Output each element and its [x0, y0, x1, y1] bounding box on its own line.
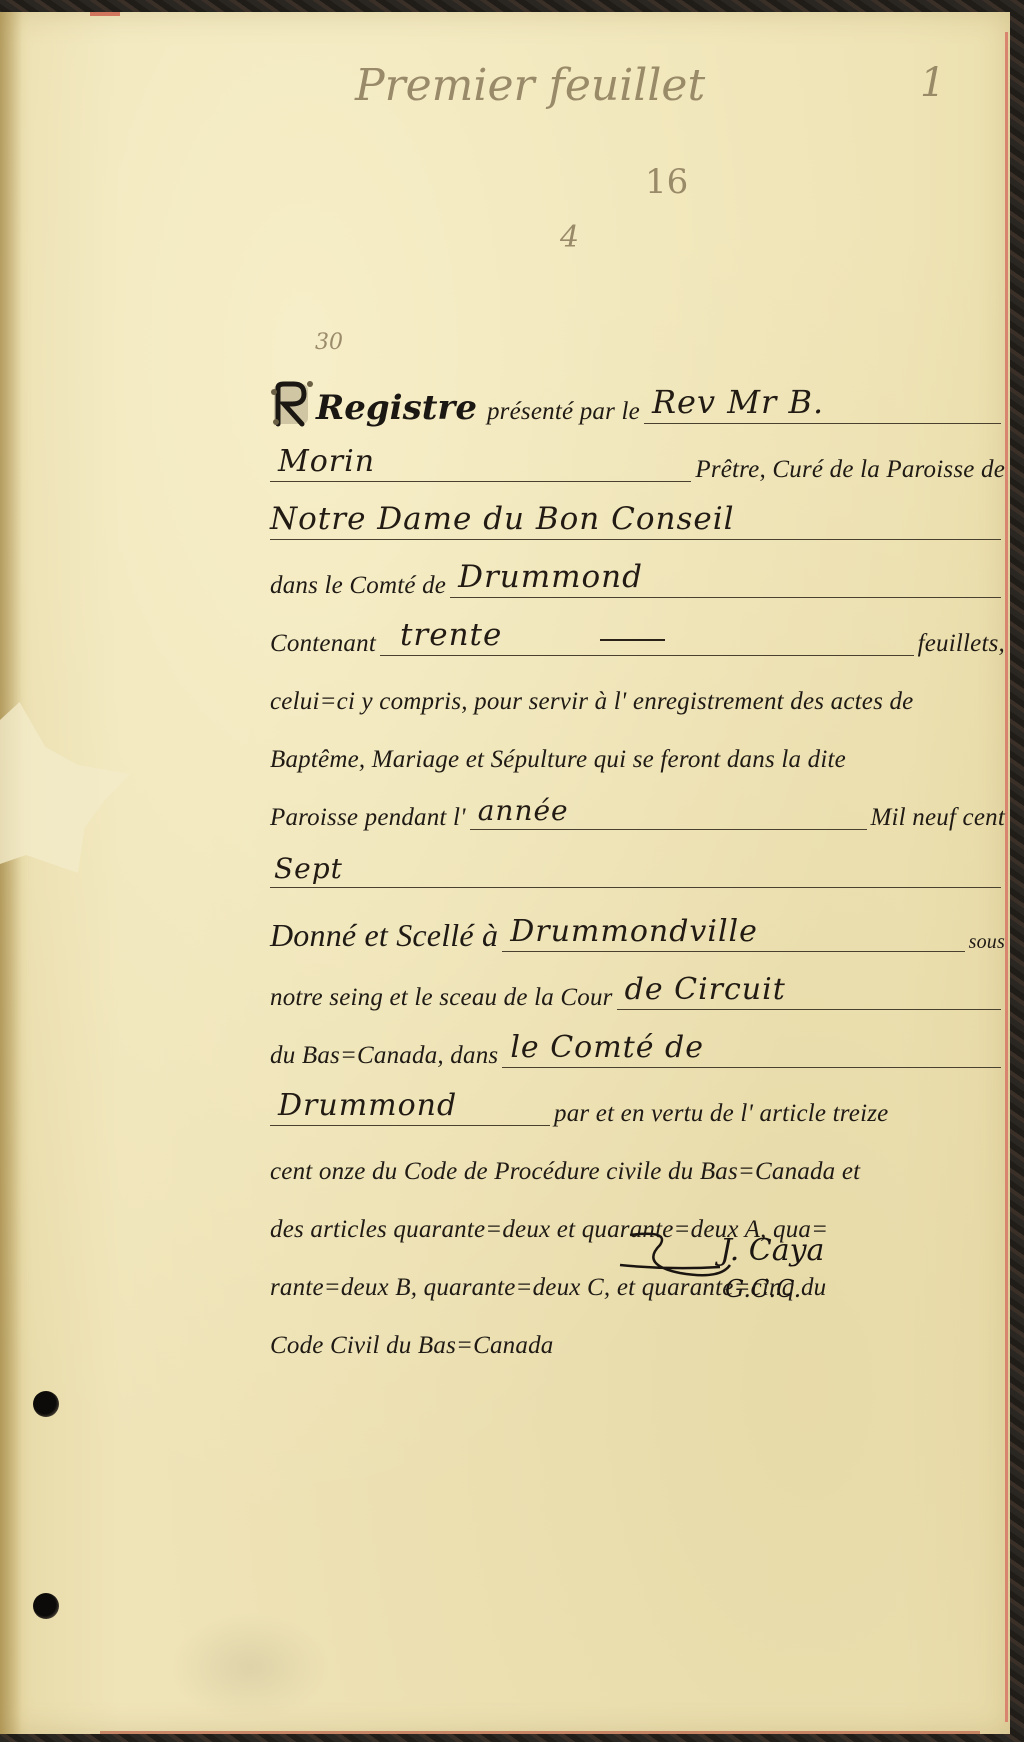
form-line-leaf-count: Contenant trente feuillets, [270, 612, 1005, 662]
form-line-year: Sept [270, 844, 1005, 894]
fill-district: le Comté de [502, 1023, 1001, 1068]
form-line-acts: Baptême, Mariage et Sépulture qui se fer… [270, 728, 1005, 778]
printed-cure-de-la-paroisse: Prêtre, Curé de la Paroisse de [695, 456, 1005, 488]
handwritten-place: Drummondville [510, 914, 758, 949]
printed-mil-neuf-cent: Mil neuf cent [871, 804, 1006, 836]
printed-sous: sous [969, 931, 1005, 958]
form-line-district-name: Drummond par et en vertu de l' article t… [270, 1082, 1005, 1132]
gutter-shadow [0, 12, 22, 1734]
form-line-parish: Notre Dame du Bon Conseil [270, 496, 1005, 546]
fill-county: Drummond [450, 553, 1001, 598]
printed-contenant: Contenant [270, 630, 376, 662]
clerk-signature: J. Caya G.C.C. [640, 1225, 840, 1315]
printed-article-treize: par et en vertu de l' article treize [554, 1100, 888, 1132]
printed-code-civil: Code Civil du Bas=Canada [270, 1332, 553, 1364]
punch-hole-upper [33, 1391, 59, 1417]
form-line-district: du Bas=Canada, dans le Comté de [270, 1024, 1005, 1074]
paper-tear-repair [0, 702, 130, 882]
punch-hole-lower [33, 1593, 59, 1619]
printed-bas-canada-dans: du Bas=Canada, dans [270, 1042, 498, 1074]
handwritten-leaf-count: trente [400, 617, 502, 653]
handwritten-court: de Circuit [625, 972, 786, 1007]
printed-purpose: celui=ci y compris, pour servir à l' enr… [270, 688, 913, 720]
handwritten-rev-mr: Rev Mr B. [652, 383, 824, 421]
signature-title: G.C.C. [725, 1275, 801, 1303]
fill-year: Sept [270, 843, 1001, 888]
pencil-number-30: 30 [315, 330, 343, 355]
handwritten-priest-name: Morin [278, 444, 375, 479]
red-page-edge-top [90, 12, 120, 16]
form-line-code-procedure: cent onze du Code de Procédure civile du… [270, 1140, 1005, 1190]
form-line-county: dans le Comté de Drummond [270, 554, 1005, 604]
printed-code-procedure: cent onze du Code de Procédure civile du… [270, 1158, 860, 1190]
pencil-page-number: 1 [920, 60, 945, 106]
printed-feuillets: feuillets, [918, 630, 1005, 662]
form-line-court: notre seing et le sceau de la Cour de Ci… [270, 966, 1005, 1016]
handwritten-parish-name: Notre Dame du Bon Conseil [270, 501, 735, 537]
form-line-given-sealed: Donné et Scellé à Drummondville sous [270, 908, 1005, 958]
pencil-number-4: 4 [560, 220, 579, 255]
form-line-purpose: celui=ci y compris, pour servir à l' enr… [270, 670, 1005, 720]
handwritten-dash [600, 639, 665, 641]
fill-parish-name: Notre Dame du Bon Conseil [270, 495, 1001, 540]
red-page-edge-bottom [100, 1731, 980, 1734]
form-line-presented-by: Registre présenté par le Rev Mr B. [270, 380, 1005, 430]
signature-name: J. Caya [720, 1233, 824, 1268]
printed-dans-le-comte: dans le Comté de [270, 572, 446, 604]
form-line-code-civil: Code Civil du Bas=Canada [270, 1314, 1005, 1364]
handwritten-annee: année [478, 794, 569, 827]
printed-acts: Baptême, Mariage et Sépulture qui se fer… [270, 746, 846, 778]
pencil-heading: Premier feuillet [355, 60, 705, 111]
printed-donne-et-scelle: Donné et Scellé à [270, 917, 498, 958]
handwritten-district-name: Drummond [278, 1088, 457, 1123]
pencil-number-16: 16 [645, 162, 688, 202]
printed-presented-by: présenté par le [487, 398, 640, 430]
form-line-priest-name: Morin Prêtre, Curé de la Paroisse de [270, 438, 1005, 488]
fill-court: de Circuit [617, 965, 1001, 1010]
form-line-year-intro: Paroisse pendant l' année Mil neuf cent [270, 786, 1005, 836]
fill-district-name: Drummond [270, 1081, 550, 1126]
red-page-edge-right [1005, 32, 1008, 1722]
handwritten-year: Sept [274, 852, 343, 885]
fill-annee: année [470, 785, 867, 830]
register-form: Registre présenté par le Rev Mr B. Morin… [270, 380, 1005, 1372]
fill-priest-title: Rev Mr B. [644, 379, 1001, 424]
fill-leaf-count: trente [380, 611, 914, 656]
handwritten-county: Drummond [458, 559, 643, 595]
faded-stamp-smudge [170, 1612, 330, 1722]
handwritten-district: le Comté de [510, 1030, 704, 1065]
printed-paroisse-pendant: Paroisse pendant l' [270, 804, 466, 836]
fill-place: Drummondville [502, 907, 964, 952]
fill-priest-name: Morin [270, 437, 691, 482]
printed-seing-sceau: notre seing et le sceau de la Cour [270, 984, 613, 1016]
ornamental-initial-r-icon [270, 378, 314, 430]
register-title: Registre [316, 388, 477, 430]
